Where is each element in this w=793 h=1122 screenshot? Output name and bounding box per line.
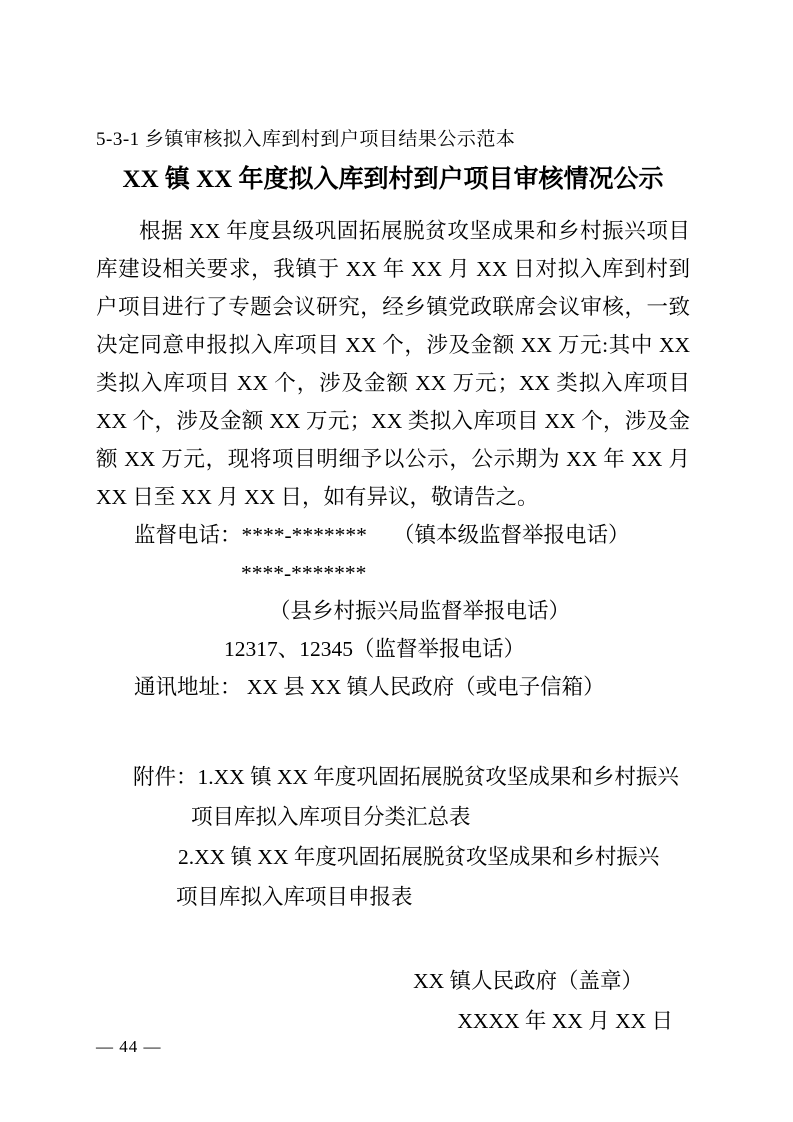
supervision-phone-note-2: （县乡村振兴局监督举报电话） — [269, 599, 570, 623]
supervision-phone-line-1: 监督电话：****-*******（镇本级监督举报电话） — [96, 516, 690, 554]
mailing-address-line: 通讯地址： XX 县 XX 镇人民政府（或电子信箱） — [96, 668, 690, 706]
supervision-hotline-line: 12317、12345（监督举报电话） — [96, 630, 690, 668]
body-line: 决定同意申报拟入库项目 XX 个，涉及金额 XX 万元:其中 XX — [96, 326, 690, 364]
section-label: 5-3-1 乡镇审核拟入库到村到户项目结果公示范本 — [96, 128, 690, 152]
attachment-item-1-line-2: 项目库拟入库项目分类汇总表 — [96, 797, 690, 837]
document-content: 5-3-1 乡镇审核拟入库到村到户项目结果公示范本 XX 镇 XX 年度拟入库到… — [96, 0, 690, 1122]
page-number: — 44 — — [96, 1036, 162, 1058]
supervision-phone-number-2: ****-******* — [241, 561, 366, 585]
supervision-phone-number-1: ****-******* — [242, 523, 367, 547]
contact-block: 监督电话：****-*******（镇本级监督举报电话） ****-******… — [96, 516, 690, 706]
body-paragraph: 根据 XX 年度县级巩固拓展脱贫攻坚成果和乡村振兴项目 库建设相关要求，我镇于 … — [96, 212, 690, 516]
body-line: 额 XX 万元，现将项目明细予以公示，公示期为 XX 年 XX 月 — [96, 440, 690, 478]
attachment-item-2-line-1: 2.XX 镇 XX 年度巩固拓展脱贫攻坚成果和乡村振兴 — [96, 837, 690, 877]
signature-date: XXXX 年 XX 月 XX 日 — [96, 1001, 690, 1041]
body-line: 类拟入库项目 XX 个，涉及金额 XX 万元；XX 类拟入库项目 — [96, 364, 690, 402]
supervision-phone-note-1: （镇本级监督举报电话） — [393, 523, 630, 547]
body-line: XX 个，涉及金额 XX 万元；XX 类拟入库项目 XX 个，涉及金 — [96, 402, 690, 440]
signature-block: XX 镇人民政府（盖章） XXXX 年 XX 月 XX 日 — [96, 961, 690, 1041]
document-page: 5-3-1 乡镇审核拟入库到村到户项目结果公示范本 XX 镇 XX 年度拟入库到… — [0, 0, 793, 1122]
body-line: 库建设相关要求，我镇于 XX 年 XX 月 XX 日对拟入库到村到 — [96, 250, 690, 288]
attachments-block: 附件：1.XX 镇 XX 年度巩固拓展脱贫攻坚成果和乡村振兴 项目库拟入库项目分… — [96, 757, 690, 917]
body-line: 根据 XX 年度县级巩固拓展脱贫攻坚成果和乡村振兴项目 — [96, 212, 690, 250]
supervision-phone-line-2: ****-*******（县乡村振兴局监督举报电话） — [96, 554, 690, 630]
body-line: XX 日至 XX 月 XX 日，如有异议，敬请告之。 — [96, 478, 690, 516]
signature-issuer: XX 镇人民政府（盖章） — [96, 961, 690, 1001]
attachment-item-2-line-2: 项目库拟入库项目申报表 — [96, 877, 690, 917]
body-line: 户项目进行了专题会议研究，经乡镇党政联席会议审核，一致 — [96, 288, 690, 326]
attachment-1-text: 1.XX 镇 XX 年度巩固拓展脱贫攻坚成果和乡村振兴 — [198, 765, 679, 789]
document-title: XX 镇 XX 年度拟入库到村到户项目审核情况公示 — [96, 163, 690, 197]
attachments-label: 附件： — [133, 765, 198, 789]
supervision-phone-label: 监督电话： — [134, 523, 242, 547]
attachment-item-1-line-1: 附件：1.XX 镇 XX 年度巩固拓展脱贫攻坚成果和乡村振兴 — [96, 757, 690, 797]
